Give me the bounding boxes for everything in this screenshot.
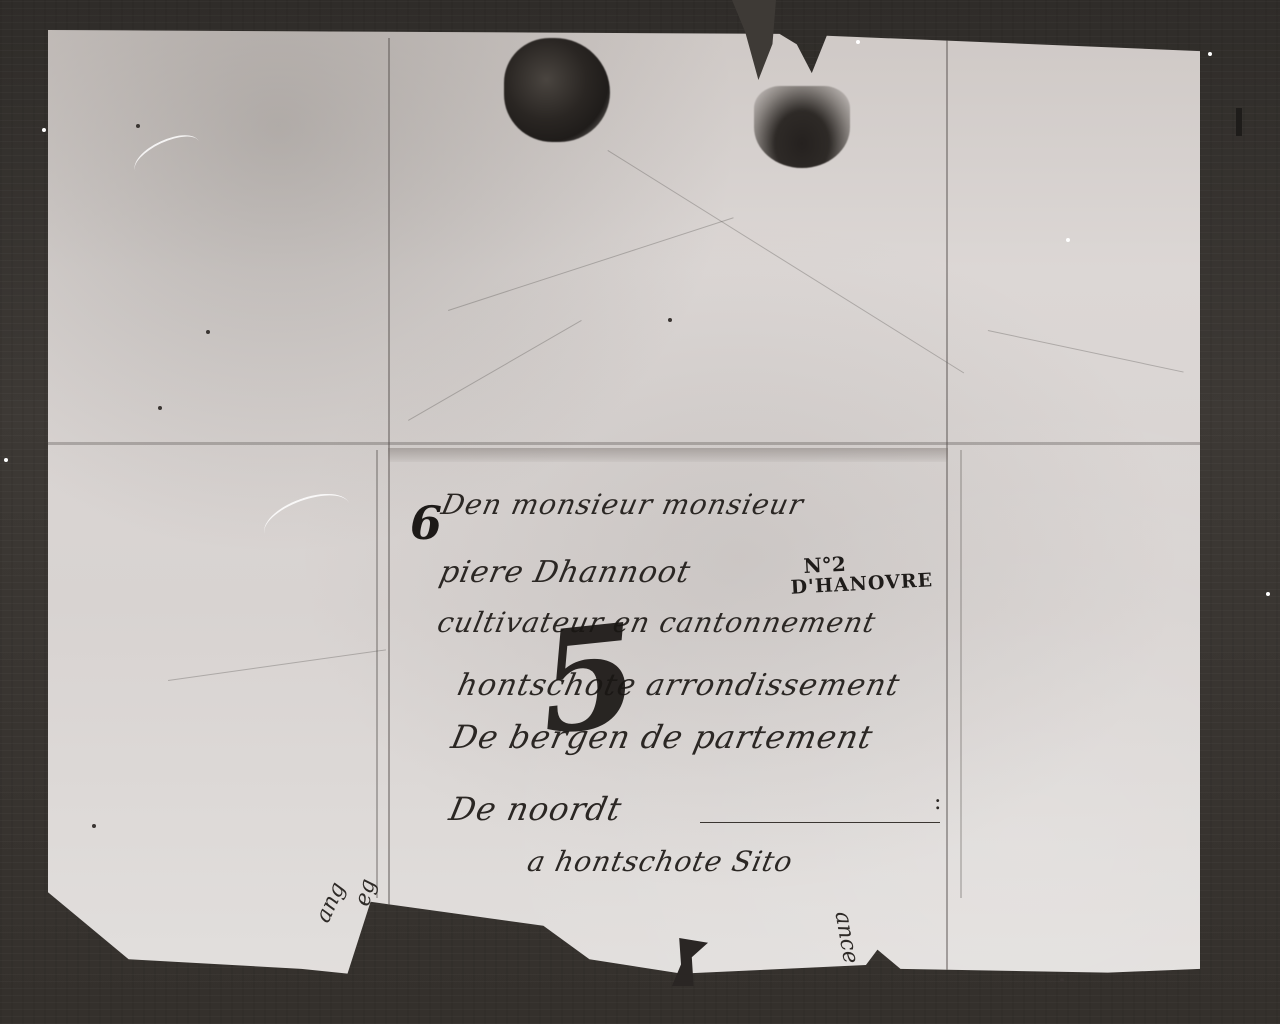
- paper-spot: [206, 330, 210, 334]
- postmark-stamp: N°2 D'HANOVRE: [789, 549, 934, 597]
- paper-spot: [136, 124, 140, 128]
- address-line-5: De bergen de partement: [448, 718, 877, 756]
- photo-speck: [4, 458, 8, 462]
- colon-mark: :: [934, 790, 941, 815]
- photo-speck: [1266, 592, 1270, 596]
- crease-line: [168, 649, 386, 681]
- address-line-4: hontschote arrondissement: [454, 668, 903, 703]
- postage-charge-mark: 5: [533, 605, 645, 754]
- address-line-3: cultivateur en cantonnement: [434, 606, 879, 639]
- address-line-7: a hontschote Sito: [524, 845, 796, 878]
- address-line-6: De noordt: [446, 790, 626, 828]
- wax-seal-left-icon: [504, 38, 610, 142]
- postal-rate-mark: 6: [410, 496, 442, 550]
- fold-line-horizontal: [48, 442, 1200, 445]
- paper-spot: [92, 824, 96, 828]
- crease-line: [408, 320, 582, 421]
- address-line-1: Den monsieur monsieur: [438, 488, 806, 521]
- paper-spot: [158, 406, 162, 410]
- crease-line: [448, 217, 734, 311]
- paper-spot: [668, 318, 672, 322]
- wax-seal-right-icon: [754, 86, 850, 168]
- photo-speck: [42, 128, 46, 132]
- crease-line: [988, 330, 1184, 373]
- underline-stroke: [700, 822, 940, 823]
- crease-line: [607, 150, 964, 373]
- photo-speck: [856, 40, 860, 44]
- paper-spot: [1060, 978, 1064, 982]
- photo-speck: [1208, 52, 1212, 56]
- background-mark: [1236, 108, 1242, 136]
- address-line-2: piere Dhannoot: [436, 555, 694, 590]
- photo-background: 6 Den monsieur monsieur piere Dhannoot c…: [0, 0, 1280, 1024]
- photo-speck: [1066, 238, 1070, 242]
